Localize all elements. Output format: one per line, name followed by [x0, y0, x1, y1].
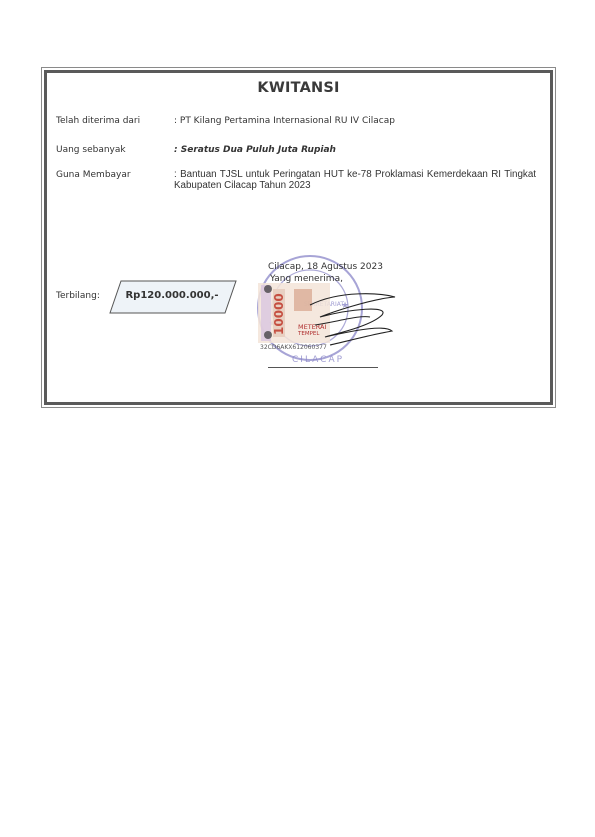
amount-value: Rp120.000.000,- [109, 290, 235, 301]
signature-scribble-icon [300, 285, 410, 355]
signature-line [268, 367, 378, 368]
field-label-amount-words: Uang sebanyak [56, 145, 126, 155]
place-date: Cilacap, 18 Agustus 2023 [268, 262, 383, 272]
receipt-title: KWITANSI [44, 80, 553, 96]
field-value-purpose: : Bantuan TJSL untuk Peringatan HUT ke-7… [174, 169, 536, 191]
receiver-label: Yang menerima, [270, 274, 343, 284]
field-label-purpose: Guna Membayar [56, 170, 131, 180]
svg-text:10000: 10000 [272, 293, 286, 335]
field-value-amount-words: : Seratus Dua Puluh Juta Rupiah [174, 145, 336, 155]
svg-text:CILACAP: CILACAP [292, 355, 344, 365]
field-value-received-from: : PT Kilang Pertamina Internasional RU I… [174, 116, 395, 126]
terbilang-label: Terbilang: [56, 291, 100, 301]
amount-box: Rp120.000.000,- [109, 280, 229, 313]
field-label-received-from: Telah diterima dari [56, 116, 140, 126]
